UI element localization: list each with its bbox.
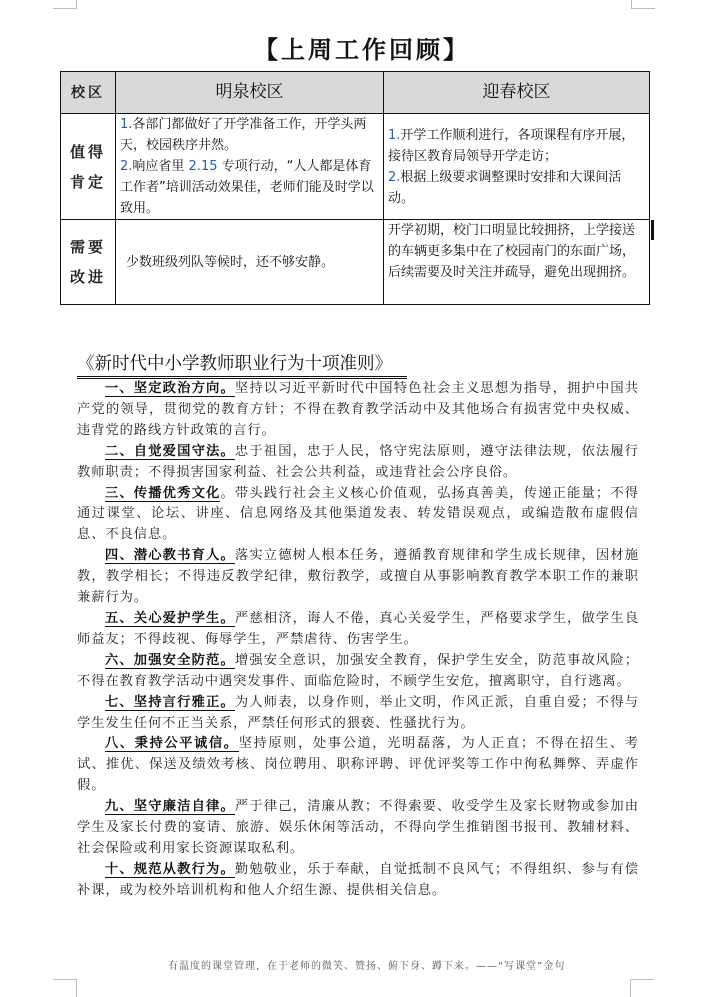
page-corner-mark-bottom-left — [53, 979, 77, 997]
weekly-review-table: 校区 明泉校区 迎春校区 值得 肯定 1.各部门都做好了开学准备工作，开学头两天… — [60, 71, 650, 305]
row-label-line: 需要 — [65, 232, 111, 262]
rule-item: 十、规范从教行为。勤勉敬业，乐于奉献，自觉抵制不良风气；不得组织、参与有偿补课，… — [77, 860, 639, 902]
rule-heading: 四、潜心教书育人。 — [105, 548, 235, 564]
header-mingquan-campus: 明泉校区 — [116, 72, 384, 114]
header-campus-label: 校区 — [61, 72, 116, 114]
rule-heading: 一、坚定政治方向。 — [105, 381, 235, 397]
list-item: 2.响应省里 2.15 专项行动，“人人都是体育工作者”培训活动效果佳，老师们能… — [120, 156, 379, 219]
row-label-needs-improvement: 需要 改进 — [61, 220, 116, 305]
rule-item: 一、坚定政治方向。坚持以习近平新时代中国特色社会主义思想为指导，拥护中国共产党的… — [77, 379, 639, 442]
list-item: 1.各部门都做好了开学准备工作，开学头两天，校园秩序井然。 — [120, 114, 379, 156]
row-label-line: 值得 — [65, 137, 111, 167]
page-corner-mark-top-left — [53, 0, 77, 9]
rules-title: 《新时代中小学教师职业行为十项准则》 — [77, 350, 407, 379]
row-label-line: 肯定 — [65, 167, 111, 197]
footer-quote: 有温度的课堂管理，在于老师的微笑、赞扬、俯下身、蹲下来。——“写课堂”金句 — [168, 957, 565, 972]
table-row-commendable: 值得 肯定 1.各部门都做好了开学准备工作，开学头两天，校园秩序井然。 2.响应… — [61, 114, 650, 220]
table-header-row: 校区 明泉校区 迎春校区 — [61, 72, 650, 114]
row-label-line: 改进 — [65, 262, 111, 292]
yingchun-commendable-cell: 1.开学工作顺利进行，各项课程有序开展，接待区教育局领导开学走访； 2.根据上级… — [384, 114, 650, 220]
rule-heading: 九、坚守廉洁自律。 — [105, 799, 235, 815]
rule-heading: 七、坚持言行雅正。 — [105, 695, 235, 711]
header-yingchun-campus: 迎春校区 — [384, 72, 650, 114]
rule-heading: 二、自觉爱国守法。 — [105, 444, 235, 460]
rule-item: 八、秉持公平诚信。坚持原则，处事公道，光明磊落，为人正直；不得在招生、考试、推优… — [77, 734, 639, 797]
yingchun-improvement-cell: 开学初期，校门口明显比较拥挤，上学接送的车辆更多集中在了校园南门的东面广场，后续… — [384, 220, 650, 305]
rule-heading: 十、规范从教行为。 — [105, 862, 235, 878]
rule-item: 三、传播优秀文化。带头践行社会主义核心价值观，弘扬真善美，传递正能量；不得通过课… — [77, 484, 639, 547]
rule-heading: 六、加强安全防范。 — [105, 653, 235, 669]
table-row-needs-improvement: 需要 改进 少数班级列队等候时，还不够安静。 开学初期，校门口明显比较拥挤，上学… — [61, 220, 650, 305]
rule-item: 六、加强安全防范。增强安全意识，加强安全教育，保护学生安全，防范事故风险；不得在… — [77, 651, 639, 693]
rule-item: 二、自觉爱国守法。忠于祖国，忠于人民，恪守宪法原则，遵守法律法规，依法履行教师职… — [77, 442, 639, 484]
page-corner-mark-top-right — [631, 0, 655, 9]
list-item: 2.根据上级要求调整课时安排和大课间活动。 — [388, 167, 645, 209]
rule-item: 九、坚守廉洁自律。严于律己，清廉从教；不得索要、收受学生及家长财物或参加由学生及… — [77, 797, 639, 860]
row-label-commendable: 值得 肯定 — [61, 114, 116, 220]
rule-item: 五、关心爱护学生。严慈相济，诲人不倦，真心关爱学生，严格要求学生，做学生良师益友… — [77, 609, 639, 651]
rule-heading: 三、传播优秀文化 — [105, 486, 221, 502]
rule-item: 四、潜心教书育人。落实立德树人根本任务，遵循教育规律和学生成长规律，因材施教，教… — [77, 546, 639, 609]
page-title: 【上周工作回顾】 — [0, 30, 724, 65]
rule-heading: 五、关心爱护学生。 — [105, 611, 235, 627]
page-corner-mark-bottom-right — [630, 979, 654, 997]
mingquan-improvement-cell: 少数班级列队等候时，还不够安静。 — [116, 220, 384, 305]
teacher-conduct-rules: 一、坚定政治方向。坚持以习近平新时代中国特色社会主义思想为指导，拥护中国共产党的… — [77, 379, 639, 902]
list-item: 1.开学工作顺利进行，各项课程有序开展，接待区教育局领导开学走访； — [388, 125, 645, 167]
mingquan-commendable-cell: 1.各部门都做好了开学准备工作，开学头两天，校园秩序井然。 2.响应省里 2.1… — [116, 114, 384, 220]
rule-heading: 八、秉持公平诚信。 — [105, 736, 239, 752]
rule-item: 七、坚持言行雅正。为人师表，以身作则，举止文明，作风正派，自重自爱；不得与学生发… — [77, 693, 639, 735]
